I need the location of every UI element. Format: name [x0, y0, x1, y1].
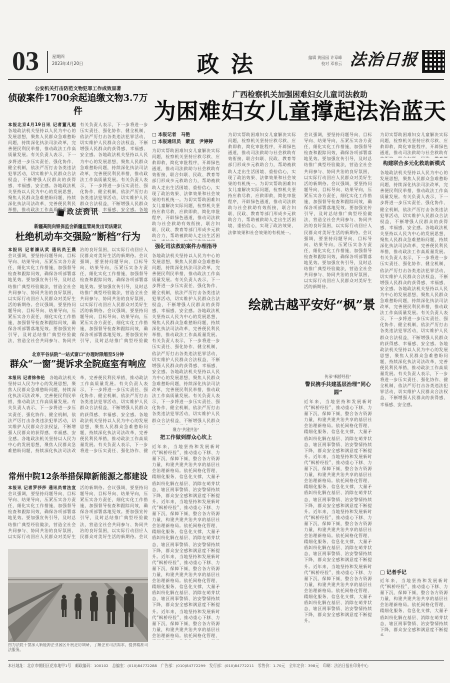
body-text: 各地政法机关坚持以人民为中心的发展思想，聚焦人民群众急难愁盼问题，持续深化执法司… — [152, 253, 220, 425]
article-changzhou: 常州中院12条举措保障新能源之都建设 本报讯 记者罗莎莎 通讯员常法宣 会议强调… — [8, 469, 148, 652]
main-article-headline: 为困难妇女儿童撑起法治蓝天 — [152, 99, 448, 125]
article-kicker: 公安机关打击防范文物犯罪工作成效显著 — [8, 86, 148, 93]
article-relics-crime: 公安机关打击防范文物犯罪工作成效显著 侦破案件1700余起追缴文物3.7万件 本… — [8, 86, 148, 216]
divider-line — [8, 212, 54, 213]
reporter-byline: □ 本报记者 马艳 — [152, 132, 220, 139]
article-one-window: 北京平谷法院“一站式窗口”办理时限缩至5分钟 群众“一窗”提诉求全院庭室有响应 … — [8, 352, 148, 459]
briefs-section-header: 政法资讯 — [8, 207, 148, 217]
body-text: 各地政法机关坚持以人民为中心的发展思想，聚焦人民群众急难愁盼问题，持续深化执法司… — [8, 122, 148, 212]
article-headline: 群众“一窗”提诉求全院庭室有响应 — [8, 359, 148, 372]
news-photo — [8, 549, 148, 642]
main-column-2: 为切实帮助困难妇女儿童解决实际问题，检察机关坚持应救尽救、应救即救，简化审批程序… — [228, 132, 296, 652]
main-column-3: 会议强调，要坚持问题导向、目标导向、结果导向，压紧压实各方责任，细化实化工作措施… — [304, 132, 372, 652]
footer-imprint: 本社地址：北京市朝阳区花家地甲1号 邮政编码：100102 总编室：(010)8… — [8, 660, 444, 668]
body-text: 近年来，当地坚持和发展新时代“枫桥经验”，推动重心下移、力量下沉、保障下倾，整合… — [380, 578, 448, 636]
article-byline: 本报北京4月19日讯 记者董凡超 — [8, 122, 80, 127]
main-subhead-1: 强化司法救助案件办理指导 — [152, 243, 220, 251]
main-subhead-2: 构建联合多元化救助新模式 — [380, 160, 448, 168]
body-text: 为切实帮助困难妇女儿童解决实际问题，检察机关坚持应救尽救、应救即救，简化审批程序… — [152, 148, 220, 241]
correspondent-byline: □ 本报通讯员 蒙宣 尹婷婷 — [152, 139, 220, 146]
article-body: 本报讯 记者潘从武 通讯员王晨 会议强调，要坚持问题导向、目标导向、结果导向，压… — [8, 247, 148, 347]
body-text: 各地政法机关坚持以人民为中心的发展思想，聚焦人民群众急难愁盼问题，持续深化执法司… — [380, 170, 448, 569]
article-byline: 本报讯 记者罗莎莎 通讯员常法宣 — [8, 485, 80, 490]
photo-caption: 图为法院干警深入新能源企业园区开展走访调研，了解企业司法需求，提供精准司法服务。 — [8, 643, 148, 652]
newspaper-page: 03 星期四 2023年4月20日 政法 编辑 黄园园 许章峰 校对 邓春云 法… — [0, 0, 450, 683]
body-text: 会议强调，要坚持问题导向、目标导向、结果导向，压紧压实各方责任，细化实化工作措施… — [8, 485, 148, 539]
feature-subhead-4: 把工作做到群众心坎上 — [152, 434, 220, 442]
feature-headline: 绘就古越平安好“枫”景 — [246, 294, 378, 316]
body-text: 会议强调，要坚持问题导向、目标导向、结果导向，压紧压实各方责任，细化实化工作措施… — [8, 247, 148, 343]
feature-eyebrow-3: 传承“枫桥经验” — [304, 374, 372, 379]
article-kicker: 北京平谷法院“一站式窗口”办理时限缩至5分钟 — [8, 352, 148, 359]
body-text: 为切实帮助困难妇女儿童解决实际问题，检察机关坚持应救尽救、应救即救，简化审批程序… — [380, 132, 448, 158]
article-body: 本报北京4月19日讯 记者董凡超 各地政法机关坚持以人民为中心的发展思想，聚焦人… — [8, 122, 148, 216]
article-byline: 本报讯 记者潘从武 通讯员王晨 — [8, 247, 80, 252]
editors-block: 编辑 黄园园 许章峰 校对 邓春云 — [280, 55, 342, 67]
body-text: 近年来，当地坚持和发展新时代“枫桥经验”，推动重心下移、力量下沉、保障下倾，整合… — [304, 399, 372, 651]
masthead-logo: 法治日报 — [346, 49, 422, 71]
article-byline: 本报讯 记者徐伟伦 — [8, 375, 50, 380]
body-text: 近年来，当地坚持和发展新时代“枫桥经验”，推动重心下移、力量下沉、保障下倾，整合… — [152, 444, 220, 640]
article-headline: 侦破案件1700余起追缴文物3.7万件 — [8, 93, 148, 119]
briefs-label: 政法资讯 — [67, 207, 99, 217]
body-text: 会议强调，要坚持问题导向、目标导向、结果导向，压紧压实各方责任，细化实化工作措施… — [304, 132, 372, 372]
body-text: 各地政法机关坚持以人民为中心的发展思想，聚焦人民群众急难愁盼问题，持续深化执法司… — [8, 375, 148, 453]
article-body: 本报讯 记者罗莎莎 通讯员常法宣 会议强调，要坚持问题导向、目标导向、结果导向，… — [8, 485, 148, 545]
main-byline: □ 本报记者 马艳 □ 本报通讯员 蒙宣 尹婷婷 — [152, 132, 220, 146]
qr-code-icon — [422, 50, 445, 73]
reporter-note-marker: □ 记者手记 — [380, 569, 448, 578]
feature-subhead-3: 警民携手共建基层治理“同心圆” — [304, 381, 372, 397]
header-rule — [8, 79, 444, 80]
article-kicker: 新疆高院向银保监会新疆监管局发出司法建议 — [8, 224, 148, 231]
feature-eyebrow-1: 聚力“共建共治” — [152, 427, 220, 432]
article-body: 本报讯 记者徐伟伦 各地政法机关坚持以人民为中心的发展思想，聚焦人民群众急难愁盼… — [8, 375, 148, 459]
briefs-cube-icon — [57, 208, 65, 216]
article-headline: 杜绝机动车交强险“断档”行为 — [8, 231, 148, 244]
body-text: 为切实帮助困难妇女儿童解决实际问题，检察机关坚持应救尽救、应救即救，简化审批程序… — [228, 132, 296, 652]
article-insurance: 新疆高院向银保监会新疆监管局发出司法建议 杜绝机动车交强险“断档”行为 本报讯 … — [8, 224, 148, 347]
article-headline: 常州中院12条举措保障新能源之都建设 — [8, 469, 148, 483]
divider-line — [102, 212, 148, 213]
main-column-1: □ 本报记者 马艳 □ 本报通讯员 蒙宣 尹婷婷 为切实帮助困难妇女儿童解决实际… — [152, 132, 220, 652]
main-column-4: 为切实帮助困难妇女儿童解决实际问题，检察机关坚持应救尽救、应救即救，简化审批程序… — [380, 132, 448, 652]
proofreader-line: 校对 邓春云 — [280, 61, 342, 67]
